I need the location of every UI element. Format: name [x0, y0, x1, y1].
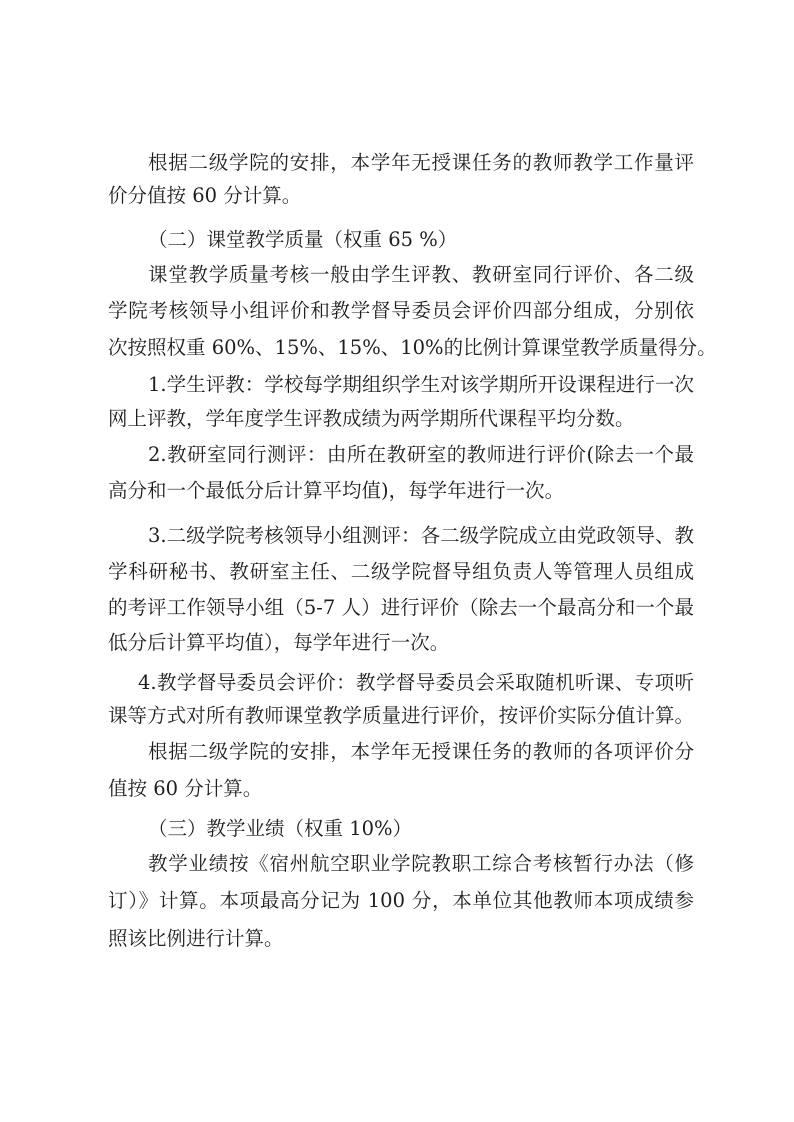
paragraph-4-line-2: 订）》计算。本项最高分记为 100 分，本单位其他教师本项成绩参 [108, 886, 694, 916]
list-item-4-line-2: 课等方式对所有教师课堂教学质量进行评价，按评价实际分值计算。 [108, 701, 694, 731]
paragraph-1-line-2: 价分值按 60 分计算。 [108, 181, 694, 211]
paragraph-2-line-3: 次按照权重 60%、15%、15%、10%的比例计算课堂教学质量得分。 [108, 333, 694, 363]
paragraph-4-line-3: 照该比例进行计算。 [108, 924, 694, 954]
paragraph-3-line-1: 根据二级学院的安排，本学年无授课任务的教师的各项评价分 [148, 737, 694, 767]
section-heading-2: （二）课堂教学质量（权重 65 %） [148, 225, 694, 255]
paragraph-2-line-2: 学院考核领导小组评价和教学督导委员会评价四部分组成，分别依 [108, 296, 694, 326]
list-item-3-line-3: 的考评工作领导小组（5-7 人）进行评价（除去一个最高分和一个最 [108, 593, 694, 623]
document-page: 根据二级学院的安排，本学年无授课任务的教师教学工作量评 价分值按 60 分计算。… [0, 0, 794, 1122]
paragraph-3-line-2: 值按 60 分计算。 [108, 774, 694, 804]
paragraph-2-line-1: 课堂教学质量考核一般由学生评教、教研室同行评价、各二级 [148, 260, 694, 290]
list-item-1-line-1: 1.学生评教：学校每学期组织学生对该学期所开设课程进行一次 [148, 370, 694, 400]
list-item-1-line-2: 网上评教，学年度学生评教成绩为两学期所代课程平均分数。 [108, 404, 694, 434]
paragraph-4-line-1: 教学业绩按《宿州航空职业学院教职工综合考核暂行办法（修 [148, 849, 694, 879]
list-item-2-line-1: 2.教研室同行测评：由所在教研室的教师进行评价(除去一个最 [148, 440, 694, 470]
section-heading-3: （三）教学业绩（权重 10%） [148, 814, 694, 844]
list-item-4-line-1: 4.教学督导委员会评价：教学督导委员会采取随机听课、专项听 [138, 668, 694, 698]
list-item-2-line-2: 高分和一个最低分后计算平均值)，每学年进行一次。 [108, 476, 694, 506]
list-item-3-line-2: 学科研秘书、教研室主任、二级学院督导组负责人等管理人员组成 [108, 557, 694, 587]
list-item-3-line-1: 3.二级学院考核领导小组测评：各二级学院成立由党政领导、教 [148, 521, 694, 551]
list-item-3-line-4: 低分后计算平均值），每学年进行一次。 [108, 628, 694, 658]
paragraph-1-line-1: 根据二级学院的安排，本学年无授课任务的教师教学工作量评 [148, 148, 694, 178]
